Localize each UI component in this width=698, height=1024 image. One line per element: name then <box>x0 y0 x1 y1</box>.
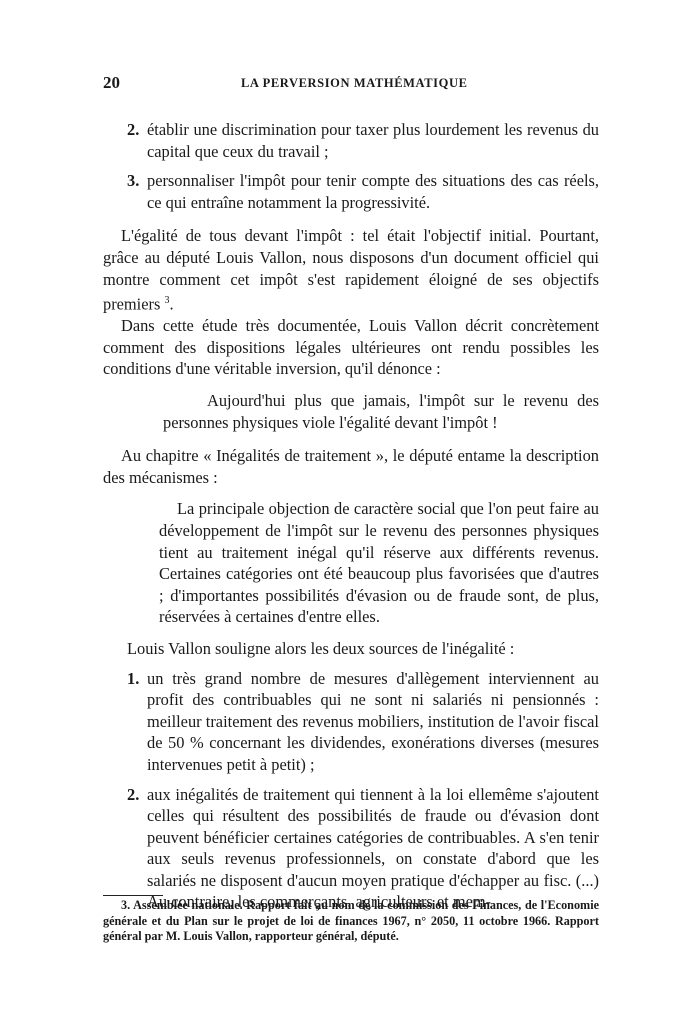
page-number: 20 <box>103 73 120 93</box>
list-item: 3. personnaliser l'impôt pour tenir comp… <box>103 170 599 213</box>
footnote: 3. Assemblée nationale. Rapport fait au … <box>103 898 599 945</box>
list-number: 1. <box>127 668 139 690</box>
list-text: aux inégalités de traitement qui tiennen… <box>147 785 599 912</box>
block-quote: La principale objection de caractère soc… <box>103 498 599 628</box>
list-item: 2. établir une discrimination pour taxer… <box>103 119 599 162</box>
paragraph: Au chapitre « Inégalités de traitement »… <box>103 445 599 488</box>
sources-list: 1. un très grand nombre de mesures d'all… <box>103 668 599 914</box>
footnote-divider <box>103 895 163 896</box>
list-number: 3. <box>127 170 139 192</box>
footnote-text: 3. Assemblée nationale. Rapport fait au … <box>103 898 599 945</box>
page-body: 2. établir une discrimination pour taxer… <box>103 119 599 921</box>
list-number: 2. <box>127 119 139 141</box>
list-text: un très grand nombre de mesures d'allège… <box>147 669 599 774</box>
list-text: personnaliser l'impôt pour tenir compte … <box>147 171 599 212</box>
paragraph: L'égalité de tous devant l'impôt : tel é… <box>103 225 599 315</box>
paragraph-text: L'égalité de tous devant l'impôt : tel é… <box>103 226 599 313</box>
paragraph: Dans cette étude très documentée, Louis … <box>103 315 599 380</box>
list-item: 1. un très grand nombre de mesures d'all… <box>103 668 599 776</box>
list-item: 2. aux inégalités de traitement qui tien… <box>103 784 599 914</box>
paragraph: Louis Vallon souligne alors les deux sou… <box>103 638 599 660</box>
list-number: 2. <box>127 784 139 806</box>
punctuation: . <box>169 295 173 314</box>
page-header: 20 LA PERVERSION MATHÉMATIQUE <box>103 73 599 95</box>
block-quote: Aujourd'hui plus que jamais, l'impôt sur… <box>103 390 599 433</box>
list-text: établir une discrimination pour taxer pl… <box>147 120 599 161</box>
running-title: LA PERVERSION MATHÉMATIQUE <box>241 76 468 91</box>
